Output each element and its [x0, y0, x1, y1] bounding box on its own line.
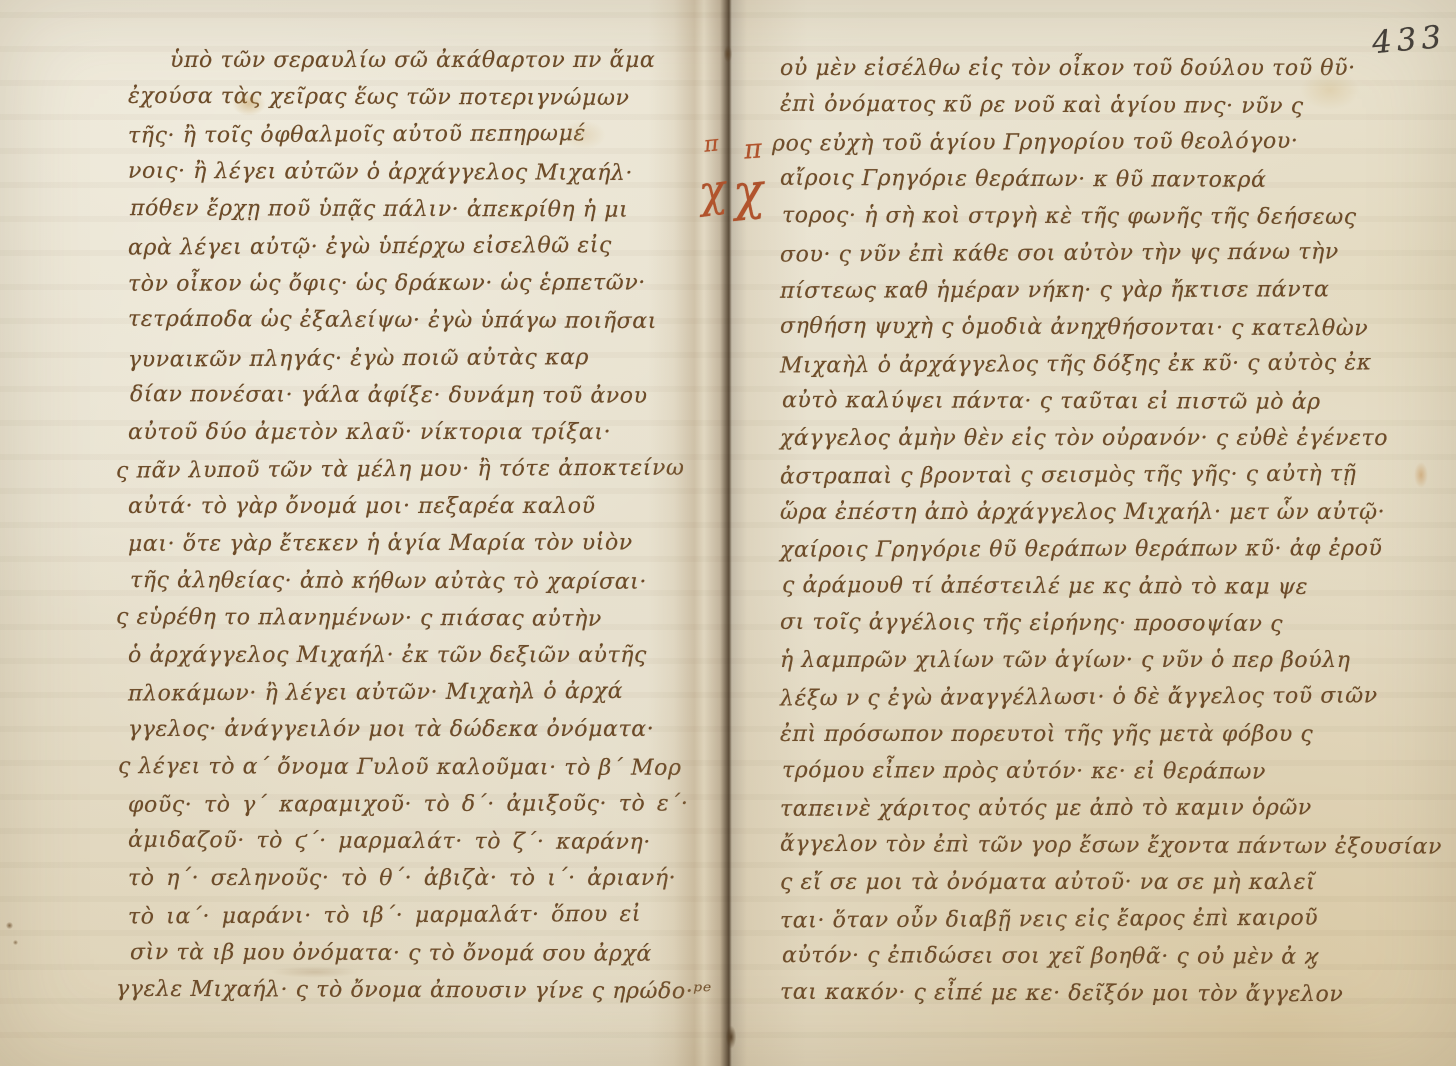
manuscript-line: αὐτά· τὸ γὰρ ὄνομά μοι· πεξαρέα καλοῦ [128, 488, 718, 525]
manuscript-line: αρὰ λέγει αὐτῷ· ἐγὼ ὑπέρχω εἰσελθῶ εἰς [128, 226, 718, 266]
manuscript-line: τῆς ἀληθείας· ἀπὸ κήθων αὐτὰς τὸ χαρίσαι… [130, 562, 720, 601]
manuscript-line: ἄγγελον τὸν ἐπὶ τῶν γορ ἔσων ἔχοντα πάντ… [780, 826, 1355, 866]
manuscript-line: αἴροις Γρηγόριε θεράπων· κ θῦ παντοκρά [780, 160, 1355, 200]
manuscript-line: ἐχούσα τὰς χεῖρας ἕως τῶν ποτεριγνώμων [128, 78, 718, 118]
manuscript-line: ς λέγει τὸ α΄ ὄνομα Γυλοῦ καλοῦμαι· τὸ β… [118, 748, 720, 787]
manuscript-line: ς εἴ σε μοι τὰ ὀνόματα αὐτοῦ· να σε μὴ κ… [780, 864, 1355, 901]
folio-number: 433 [1371, 19, 1448, 61]
manuscript-line: σὶν τὰ ιβ μου ὀνόματα· ς τὸ ὄνομά σου ἀρ… [130, 934, 720, 973]
manuscript-line: ται· ὅταν οὖν διαβῇ νεις εἰς ἔαρος ἐπὶ κ… [780, 899, 1355, 939]
manuscript-line: γυναικῶν πληγάς· ἐγὼ ποιῶ αὐτὰς καρ [128, 338, 718, 378]
rubric-chi-initial: χ [730, 162, 766, 223]
binding-gutter [648, 0, 808, 1066]
manuscript-line: ἡ λαμπρῶν χιλίων τῶν ἁγίων· ς νῦν ὁ περ … [780, 642, 1355, 679]
manuscript-line: τῆς· ἢ τοῖς ὀφθαλμοῖς αὐτοῦ πεπηρωμέ [128, 115, 718, 155]
manuscript-line: τρόμου εἶπεν πρὸς αὐτόν· κε· εἰ θεράπων [782, 752, 1357, 791]
manuscript-line: δίαν πονέσαι· γάλα ἀφίξε· δυνάμη τοῦ ἀνο… [130, 376, 720, 415]
manuscript-line: μαι· ὅτε γὰρ ἔτεκεν ἡ ἁγία Μαρία τὸν υἱὸ… [128, 525, 718, 564]
manuscript-line: χάγγελος ἀμὴν θὲν εἰς τὸν οὐρανόν· ς εὐθ… [780, 420, 1355, 457]
manuscript-line: ὑπὸ τῶν σεραυλίω σῶ ἀκάθαρτον πν ἅμα [170, 42, 718, 79]
manuscript-line: πόθεν ἔρχῃ ποῦ ὑπᾷς πάλιν· ἀπεκρίθη ἡ μι [130, 190, 720, 229]
manuscript-line: ς ἀράμουθ τί ἀπέστειλέ με κς ἀπὸ τὸ καμ … [782, 567, 1357, 606]
manuscript-line: τὸ ια΄· μαράνι· τὸ ιβ΄· μαρμαλάτ· ὅπου ε… [128, 896, 718, 936]
manuscript-line: φοῦς· τὸ γ΄ καραμιχοῦ· τὸ δ΄· ἀμιξοῦς· τ… [128, 785, 718, 824]
manuscript-line: ταπεινὲ χάριτος αὐτός με ἀπὸ τὸ καμιν ὁρ… [780, 789, 1355, 828]
foxing-stain [1414, 462, 1428, 488]
left-page-text-block: ὑπὸ τῶν σεραυλίω σῶ ἀκάθαρτον πν ἅμαἐχού… [128, 42, 718, 1009]
manuscript-line: γγελος· ἀνάγγειλόν μοι τὰ δώδεκα ὀνόματα… [128, 711, 718, 748]
manuscript-line: λέξω ν ς ἐγὼ ἀναγγέλλωσι· ὁ δὲ ἄγγελος τ… [780, 677, 1355, 717]
manuscript-line: ὥρα ἐπέστη ἀπὸ ἀρχάγγελος Μιχαήλ· μετ ὧν… [780, 494, 1355, 531]
manuscript-line: ἐπὶ πρόσωπον πορευτοὶ τῆς γῆς μετὰ φόβου… [780, 716, 1355, 753]
manuscript-line: γγελε Μιχαήλ· ς τὸ ὄνομα ἀπουσιν γίνε ς … [116, 970, 718, 1010]
manuscript-line: σου· ς νῦν ἐπὶ κάθε σοι αὐτὸν τὴν ψς πάν… [780, 233, 1355, 273]
manuscript-line: νοις· ἢ λέγει αὐτῶν ὁ ἀρχάγγελος Μιχαήλ· [128, 152, 718, 192]
manuscript-line: ται κακόν· ς εἶπέ με κε· δεῖξόν μοι τὸν … [780, 974, 1355, 1014]
manuscript-line: ς εὑρέθη το πλανημένων· ς πιάσας αὐτὴν [116, 598, 718, 638]
manuscript-line: τὸν οἶκον ὡς ὄφις· ὡς δράκων· ὡς ἑρπετῶν… [128, 264, 718, 303]
manuscript-line: αὐτόν· ς ἐπιδώσει σοι χεῖ βοηθᾶ· ς οὐ μὲ… [782, 937, 1357, 976]
manuscript-line: ὁ ἀρχάγγελος Μιχαήλ· ἐκ τῶν δεξιῶν αὐτῆς [128, 637, 718, 674]
manuscript-line: αὐτὸ καλύψει πάντα· ς ταῦται εἰ πιστῶ μὸ… [782, 382, 1357, 421]
manuscript-line: ς πᾶν λυποῦ τῶν τὰ μέλη μου· ἢ τότε ἀποκ… [116, 449, 718, 489]
manuscript-line: σηθήση ψυχὴ ς ὁμοδιὰ ἀνηχθήσονται· ς κατ… [780, 308, 1355, 348]
rubric-pi-gutter-mark: π [703, 131, 720, 157]
manuscript-line: τορος· ἡ σὴ κοὶ στργὴ κὲ τῆς φωνῆς τῆς δ… [782, 197, 1357, 236]
manuscript-line: ἐπὶ ὀνόματος κῦ ρε νοῦ καὶ ἁγίου πνς· νῦ… [780, 86, 1355, 126]
manuscript-line: Μιχαὴλ ὁ ἀρχάγγελος τῆς δόξης ἐκ κῦ· ς α… [780, 344, 1355, 384]
manuscript-line: πλοκάμων· ἢ λέγει αὐτῶν· Μιχαὴλ ὁ ἀρχά [128, 673, 718, 713]
manuscript-line: οὐ μὲν εἰσέλθω εἰς τὸν οἶκον τοῦ δούλου … [780, 50, 1355, 87]
manuscript-line: ἀμιδαζοῦ· τὸ ϛ΄· μαρμαλάτ· τὸ ζ΄· καράνη… [128, 822, 718, 862]
manuscript-spread: ὑπὸ τῶν σεραυλίω σῶ ἀκάθαρτον πν ἅμαἐχού… [0, 0, 1456, 1066]
manuscript-line: ἀστραπαὶ ς βρονταὶ ς σεισμὸς τῆς γῆς· ς … [780, 455, 1355, 495]
manuscript-line: αὐτοῦ δύο ἀμετὸν κλαῦ· νίκτορια τρίξαι· [128, 414, 718, 451]
manuscript-line: σι τοῖς ἀγγέλοις τῆς εἰρήνης· προσοψίαν … [780, 604, 1355, 644]
right-page-text-block: οὐ μὲν εἰσέλθω εἰς τὸν οἶκον τοῦ δούλου … [780, 50, 1355, 1012]
manuscript-line: χαίροις Γρηγόριε θῦ θεράπων θεράπων κῦ· … [780, 530, 1355, 569]
manuscript-line: τετράποδα ὡς ἐξαλείψω· ἐγὼ ὑπάγω ποιῆσαι [128, 301, 718, 341]
manuscript-line: πίστεως καθ ἡμέραν νήκη· ς γὰρ ἤκτισε πά… [780, 271, 1355, 310]
manuscript-line: ρος εὐχὴ τοῦ ἁγίου Γρηγορίου τοῦ θεολόγο… [772, 122, 1355, 162]
manuscript-line: τὸ η΄· σεληνοῦς· τὸ θ΄· ἀβιζὰ· τὸ ι΄· ἀρ… [128, 860, 718, 897]
